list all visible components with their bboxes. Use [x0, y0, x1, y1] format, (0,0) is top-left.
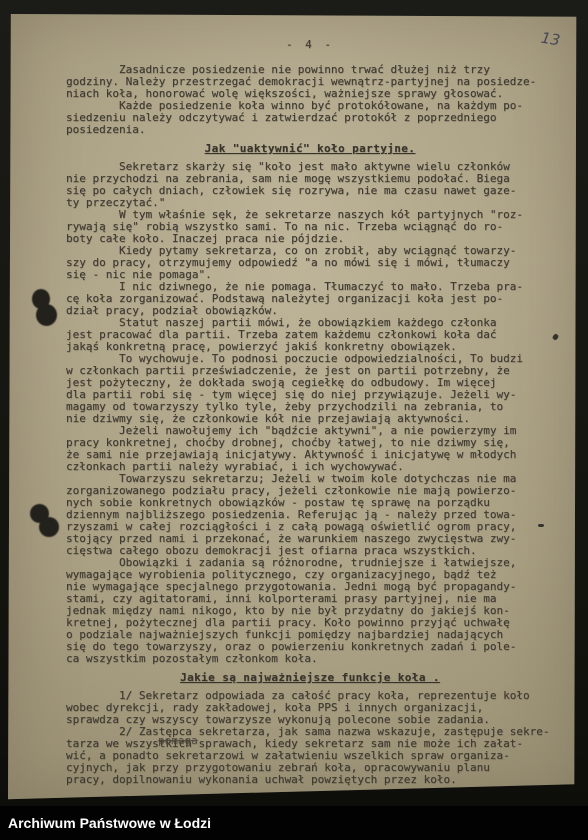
typo-overstrike: pomaga: [158, 734, 198, 747]
document-page: 13 - 4 - Zasadnicze posiedzenie nie powi…: [8, 12, 578, 800]
page-number: - 4 -: [66, 38, 554, 51]
ink-speck: [538, 524, 544, 527]
section-heading: Jak "uaktywnić" koło partyjne.: [66, 143, 554, 155]
text-line: ca wszystkim pozostałym członkom koła.: [66, 653, 554, 665]
ink-blot: [36, 304, 57, 326]
text-line: posiedzenia.: [66, 124, 554, 136]
archive-footer-bar: Archiwum Państwowe w Łodzi: [0, 806, 588, 840]
section-heading: Jakie są najważniejsze funkcje koła .: [66, 672, 554, 684]
text-line: pracy, dopilnowaniu wykonania uchwał pow…: [66, 774, 554, 786]
typewritten-text-block: Zasadnicze posiedzenie nie powinno trwać…: [66, 64, 554, 786]
ink-blot: [39, 517, 59, 537]
text-column: - 4 - Zasadnicze posiedzenie nie powinno…: [8, 12, 578, 786]
archive-name-label: Archiwum Państwowe w Łodzi: [8, 806, 211, 840]
